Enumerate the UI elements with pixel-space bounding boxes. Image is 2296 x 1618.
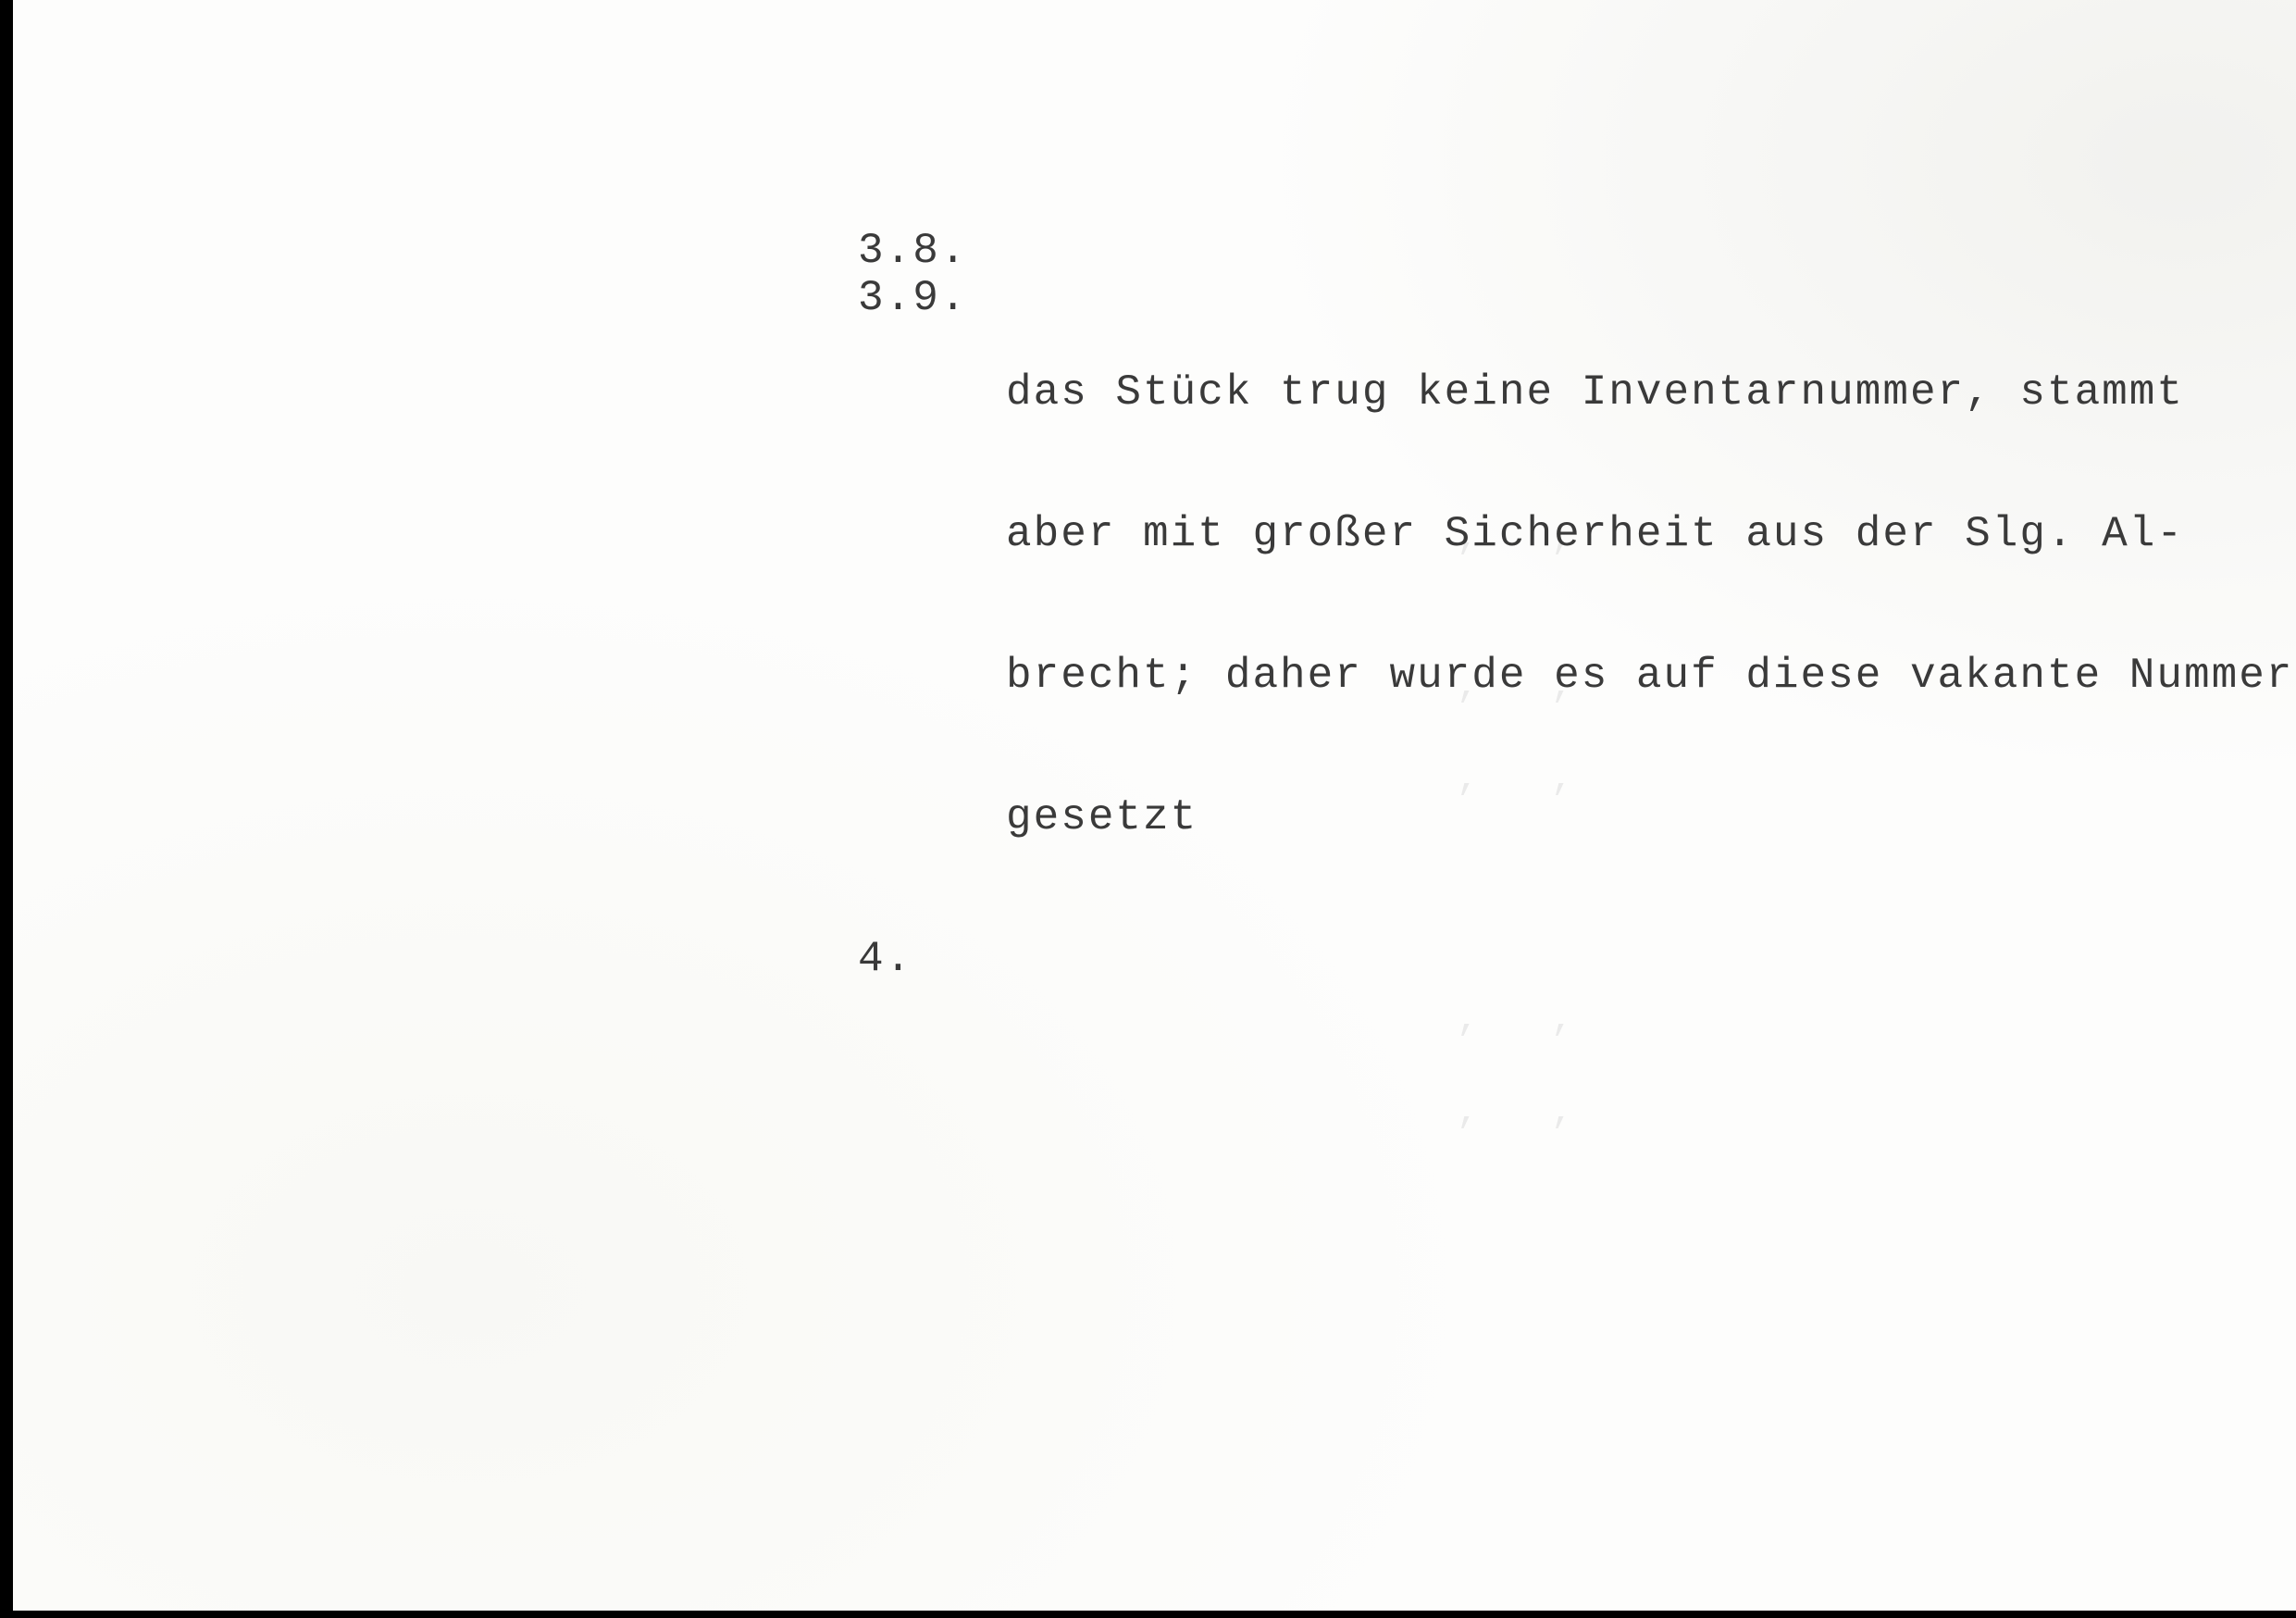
entry-4: 4. bbox=[858, 936, 2293, 983]
entry-number: 3.8. bbox=[858, 228, 1006, 275]
entry-number: 3.9. bbox=[858, 275, 1006, 936]
entry-3-9: 3.9. das Stück trug keine Inventarnummer… bbox=[858, 275, 2293, 936]
entry-text-line: brecht; daher wurde es auf diese vakante… bbox=[1006, 653, 2293, 700]
entry-number: 4. bbox=[858, 936, 1006, 983]
entry-list: 3.8. 3.9. das Stück trug keine Inventarn… bbox=[858, 228, 2293, 983]
entry-text: das Stück trug keine Inventarnummer, sta… bbox=[1006, 275, 2293, 936]
index-card: , , , , , , , , , , 3.8. 3.9. das Stück … bbox=[13, 0, 2296, 1611]
entry-text-line: aber mit großer Sicherheit aus der Slg. … bbox=[1006, 511, 2293, 558]
entry-3-8: 3.8. bbox=[858, 228, 2293, 275]
show-through-marks: , , bbox=[1457, 1000, 1582, 1041]
entry-text-line: das Stück trug keine Inventarnummer, sta… bbox=[1006, 369, 2293, 417]
entry-text-line: gesetzt bbox=[1006, 794, 2293, 841]
show-through-marks: , , bbox=[1457, 1092, 1582, 1134]
